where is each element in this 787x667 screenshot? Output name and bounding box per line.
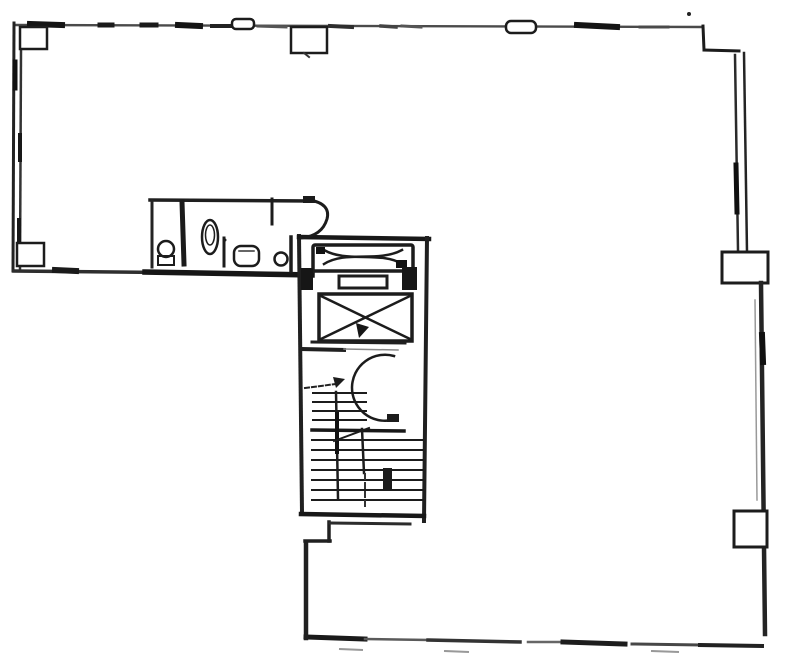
right-column-box-lower bbox=[734, 511, 767, 547]
stair-up-arrow-head bbox=[333, 377, 345, 388]
bottom-wall-seg-1 bbox=[306, 637, 365, 639]
right-wall-lower-inner bbox=[755, 300, 757, 500]
stair-newel-blob bbox=[383, 468, 392, 490]
elevator-1-x-stroke-2 bbox=[324, 250, 402, 264]
toilet-bowl-inner bbox=[206, 225, 215, 245]
top-wall-dash-b bbox=[381, 26, 396, 27]
stair-landing-edge bbox=[312, 430, 404, 431]
duct-shaft-notch bbox=[291, 27, 327, 53]
fixture-basin bbox=[234, 246, 259, 266]
bottom-smudge-3 bbox=[652, 651, 678, 652]
right-column-box-upper bbox=[722, 252, 768, 283]
wing-bottom-wall-dark bbox=[145, 272, 312, 275]
bottom-wall-seg-7 bbox=[700, 645, 762, 646]
right-wall-upper-inner bbox=[735, 55, 738, 250]
bottom-smudge-1 bbox=[340, 649, 362, 650]
entry-curved-wall bbox=[301, 200, 328, 238]
top-wall-dash-c bbox=[402, 26, 421, 27]
bottom-wall-seg-6 bbox=[632, 644, 700, 645]
core-top-wall bbox=[299, 237, 429, 239]
top-wall-pier-a bbox=[30, 24, 62, 25]
bottom-smudge-2 bbox=[445, 651, 468, 652]
vestibule-wall-light bbox=[344, 349, 398, 350]
elevator-pier-left bbox=[301, 268, 313, 290]
core-bottom-wall bbox=[301, 514, 424, 516]
bottom-wall-seg-5 bbox=[563, 642, 625, 644]
entry-corner-blob bbox=[303, 196, 315, 203]
stair-stringer-right bbox=[362, 429, 364, 473]
stair-lower-treads bbox=[312, 440, 423, 500]
top-wall-pier-f bbox=[330, 26, 352, 27]
right-wall-upper-pier bbox=[736, 165, 737, 212]
elevator-door-sill bbox=[339, 276, 387, 288]
elevator-1-corner-blob-1 bbox=[316, 247, 325, 254]
elevator-2-arrow bbox=[356, 323, 369, 338]
bottom-wall-seg-2 bbox=[365, 639, 428, 640]
topright-step-horizontal bbox=[704, 50, 739, 51]
top-wall-pier-d bbox=[178, 25, 200, 26]
sink-basin bbox=[158, 241, 174, 257]
elevator-lobby-south-wall bbox=[312, 342, 405, 343]
restroom-top-wall bbox=[150, 200, 311, 201]
floor-plan-svg bbox=[0, 0, 787, 667]
wc-bowl bbox=[275, 253, 288, 266]
stair-up-arrow-line bbox=[305, 384, 336, 388]
restroom-partition-thick bbox=[182, 202, 184, 264]
left-column-box-bottom bbox=[17, 243, 44, 266]
core-right-wall bbox=[424, 238, 427, 521]
right-wall-upper-outer bbox=[744, 53, 747, 252]
elevator-1-corner-blob-2 bbox=[396, 260, 407, 268]
floor-plan-page bbox=[0, 0, 787, 667]
top-wall-dash-a bbox=[258, 26, 286, 27]
stair-south-ledge bbox=[330, 523, 410, 524]
vestibule-wall-left bbox=[302, 349, 344, 350]
right-wall-lower-pier bbox=[762, 335, 763, 362]
bottom-wall-seg-3 bbox=[428, 640, 520, 642]
left-column-box-top bbox=[20, 27, 47, 49]
wing-bottom-pier bbox=[55, 270, 76, 271]
topright-step-vertical bbox=[703, 26, 704, 50]
stair-door-hinge-blob bbox=[387, 414, 399, 422]
window-mark-left bbox=[232, 19, 254, 29]
window-mark-right bbox=[506, 21, 536, 33]
elevator-pier-right bbox=[402, 267, 417, 290]
top-wall-pier-g bbox=[577, 25, 617, 27]
scan-speck bbox=[687, 12, 691, 16]
